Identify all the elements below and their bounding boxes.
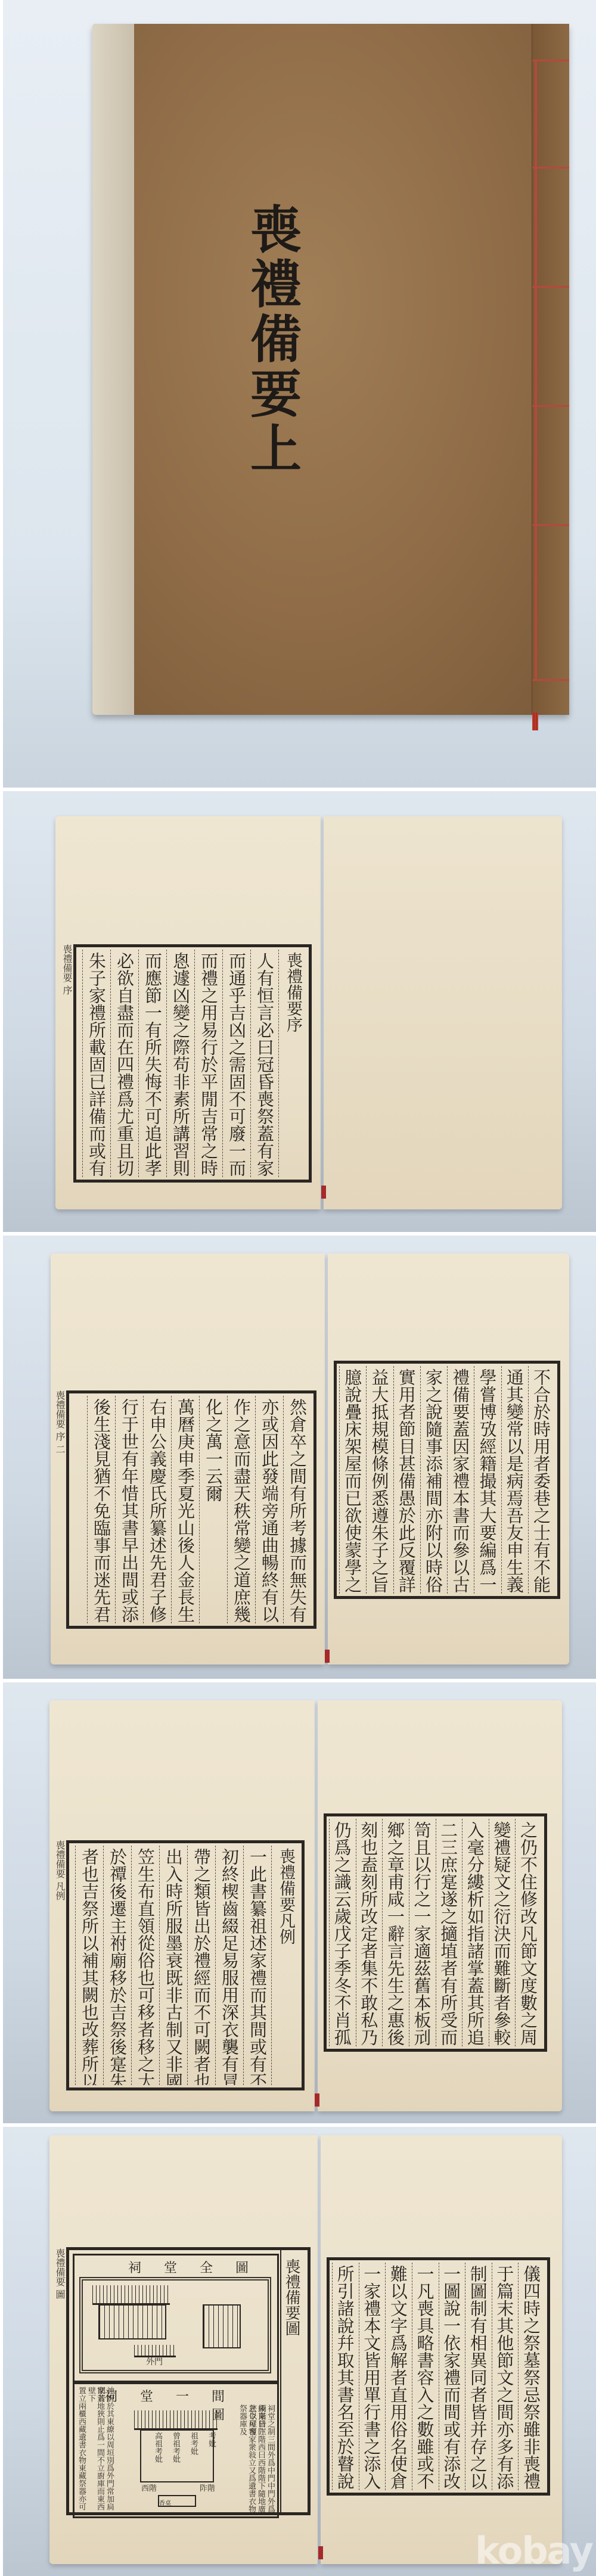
photo-book-cover: 喪禮備要上 bbox=[3, 0, 596, 788]
photo-fanli-page: 喪禮備要 凡例 喪禮備要凡例 一此書纂祖述家禮而其間或有不得已可補者補之如 初終… bbox=[3, 1682, 596, 2123]
text-column: 所引諸說幷取其書名至於瞽說用愚字按字以別之 bbox=[332, 2263, 359, 2490]
text-column: 而禮之用易行於平閒吉常之時而多失於 bbox=[194, 950, 222, 1177]
watermark: kobay bbox=[475, 2529, 592, 2572]
text-frame: 不合於時用者委巷之士有不能領其要而 通其變常以是病焉吾友申生義慶深於禮 學嘗博攷… bbox=[334, 1361, 560, 1599]
text-column: 悤遽凶變之際苟非素所講習則難以合宜 bbox=[166, 950, 194, 1177]
incense-table-label: 香桌 bbox=[159, 2500, 171, 2507]
right-page: 不合於時用者委巷之士有不能領其要而 通其變常以是病焉吾友申生義慶深於禮 學嘗博攷… bbox=[328, 1253, 569, 1665]
west-steps-label: 西階 bbox=[141, 2484, 157, 2493]
binding-thread bbox=[321, 1186, 326, 1199]
page-heading: 喪禮備要圖 bbox=[278, 2256, 305, 2338]
photo-diagram-page: 喪禮備要 圖 喪禮備要圖 祠堂全圖 外門 祠堂一間圖 bbox=[3, 2127, 596, 2576]
binding-thread bbox=[325, 1650, 330, 1663]
text-column: 而通乎吉凶之需固不可廢一而不講也然 bbox=[222, 950, 250, 1177]
text-frame: 之仍不住修改凡節文度數之周詳而切當者 變禮疑文之衍決而難斷者參較稱停逐節補 入毫… bbox=[324, 1813, 547, 2052]
text-column: 家之說隨事添補間亦附以時俗之制便於 bbox=[420, 1366, 447, 1594]
text-column: 人有恒言必曰冠昏喪祭蓋有家日用之體 bbox=[250, 950, 278, 1177]
side-building bbox=[203, 2304, 241, 2348]
page-banxin: 喪禮備要 序 bbox=[60, 944, 74, 995]
right-page-blank bbox=[324, 816, 562, 1209]
text-frame: 喪禮備要凡例 一此書纂祖述家禮而其間或有不得已可補者補之如 初終楔齒綴足易服用深… bbox=[66, 1840, 305, 2090]
text-column: 亦或因此發端旁通曲暢終有以攷聖人制 bbox=[255, 1396, 283, 1623]
column-rule bbox=[280, 2250, 281, 2512]
east-steps-label: 阼階 bbox=[200, 2484, 215, 2493]
text-column: 鄉之章甫咸一辭言先生之惠後人甚大均是 bbox=[382, 1819, 409, 2046]
text-column: 制圖制有相異同者皆并存之以備參考 bbox=[465, 2263, 492, 2490]
text-column: 化之萬一云爾 bbox=[199, 1396, 227, 1623]
diagram-note: 之令可容家衆敍立又爲遺書衣物祭器庫及 bbox=[238, 2404, 256, 2516]
text-columns: 儀四時之祭墓祭忌祭雖非喪禮而與喪則祭故并附 于篇末其他節文之間亦多有添補者若儀禮… bbox=[332, 2263, 545, 2490]
thread-tassel bbox=[532, 713, 538, 730]
page-banxin: 喪禮備要 凡例 bbox=[53, 1840, 67, 1900]
text-column: 變禮疑文之衍決而難斷者參較稱停逐節補 bbox=[489, 1819, 516, 2046]
shrine-roof bbox=[134, 2410, 218, 2430]
page-banxin: 喪禮備要 圖 bbox=[53, 2248, 67, 2299]
text-column: 儀四時之祭墓祭忌祭雖非喪禮而與喪則祭故并附 bbox=[518, 2263, 545, 2490]
binding-stitch bbox=[532, 60, 569, 61]
text-column: 臆說疊床架屋而已欲使蒙學之士開卷瞭 bbox=[339, 1366, 366, 1594]
diagram-note: 家貧地狹則止爲一間不立廚庫而東西壁下 bbox=[86, 2387, 104, 2516]
main-hall-roof bbox=[92, 2285, 170, 2305]
diagram-shrine-complete: 祠堂全圖 外門 bbox=[73, 2254, 279, 2382]
text-column: 作之意而盡天秩常變之道庶幾有補於風 bbox=[227, 1396, 255, 1623]
right-page: 之仍不住修改凡節文度數之周詳而切當者 變禮疑文之衍決而難斷者參較稱停逐節補 入毫… bbox=[318, 1700, 562, 2111]
text-column: 笠生布直領從俗也可移者移之大祥章飲酒食肉移 bbox=[131, 1846, 159, 2085]
text-column: 於禫後遷主祔廟移於吉祭後寔朱子後來議論之定 bbox=[103, 1846, 131, 2085]
open-book: 喪禮備要 序 二 然倉卒之間有所考據而無失有志好禮者 亦或因此發端旁通曲暢終有以… bbox=[51, 1253, 569, 1665]
binding-thread bbox=[318, 2546, 323, 2559]
text-column: 而應節一有所失悔不可追此孝子之所以 bbox=[138, 950, 166, 1177]
diagram-frame: 喪禮備要圖 祠堂全圖 外門 祠堂一間圖 考妣 bbox=[66, 2247, 311, 2515]
text-column: 通其變常以是病焉吾友申生義慶深於禮 bbox=[501, 1366, 528, 1594]
text-column: 之仍不住修改凡節文度數之周詳而切當者 bbox=[515, 1819, 542, 2046]
open-book: 喪禮備要 序 喪禮備要序 人有恒言必曰冠昏喪祭蓋有家日用之體 而通乎吉凶之需固不… bbox=[55, 816, 562, 1209]
cover-title: 喪禮備要上 bbox=[241, 203, 301, 477]
text-column: 一圖說一依家禮而間或有添改者覽者詳之 bbox=[439, 2263, 465, 2490]
diagram-shrine-single: 祠堂一間圖 考妣 祖考妣 曾祖考妣 高祖考妣 西階 阼階 香桌 祠堂之制三間外爲… bbox=[73, 2382, 279, 2518]
text-column: 然倉卒之間有所考據而無失有志好禮者 bbox=[283, 1396, 311, 1623]
text-frame: 喪禮備要序 人有恒言必曰冠昏喪祭蓋有家日用之體 而通乎吉凶之需固不可廢一而不講也… bbox=[73, 944, 312, 1183]
text-column: 者也吉祭所以補其闕也改葬所以備其變也祠堂之 bbox=[75, 1846, 103, 2085]
text-column: 朱子家禮所載固已詳備而或有古今異宜 bbox=[82, 950, 110, 1177]
text-column: 後生淺見猶不免臨事而迷先君子常以是病 bbox=[87, 1396, 115, 1623]
binding-stitch bbox=[532, 679, 569, 681]
binding-stitch bbox=[532, 286, 569, 288]
binding-thread bbox=[535, 60, 537, 679]
left-page: 喪禮備要 凡例 喪禮備要凡例 一此書纂祖述家禮而其間或有不得已可補者補之如 初終… bbox=[49, 1700, 315, 2111]
text-column: 一凡喪具略書容入之數雖或不中亦不甚遠且名目之 bbox=[412, 2263, 439, 2490]
text-columns: 之仍不住修改凡節文度數之周詳而切當者 變禮疑文之衍決而難斷者參較稱停逐節補 入毫… bbox=[329, 1819, 542, 2046]
tablet-label: 祖考妣 bbox=[189, 2432, 198, 2455]
tablet-label: 考妣 bbox=[207, 2432, 216, 2447]
text-columns: 喪禮備要序 人有恒言必曰冠昏喪祭蓋有家日用之體 而通乎吉凶之需固不可廢一而不講也… bbox=[79, 950, 306, 1177]
text-column: 于篇末其他節文之間亦多有添補者若儀禮家禮今 bbox=[492, 2263, 519, 2490]
photo-preface-page-2: 喪禮備要 序 二 然倉卒之間有所考據而無失有志好禮者 亦或因此發端旁通曲暢終有以… bbox=[3, 1236, 596, 1679]
outer-gate-label: 外門 bbox=[146, 2358, 163, 2367]
page-banxin: 喪禮備要 序 二 bbox=[53, 1390, 67, 1454]
left-page: 喪禮備要 序 二 然倉卒之間有所考據而無失有志好禮者 亦或因此發端旁通曲暢終有以… bbox=[51, 1253, 325, 1665]
text-frame: 儀四時之祭墓祭忌祭雖非喪禮而與喪則祭故并附 于篇末其他節文之間亦多有添補者若儀禮… bbox=[327, 2257, 550, 2496]
text-column: 仍爲之識云歲戊子季冬不肖孤 集 泣血書 bbox=[329, 1819, 356, 2046]
book-spine bbox=[532, 24, 569, 715]
text-column: 一此書纂祖述家禮而其間或有不得已可補者補之如 bbox=[243, 1846, 271, 2085]
open-book: 喪禮備要 凡例 喪禮備要凡例 一此書纂祖述家禮而其間或有不得已可補者補之如 初終… bbox=[49, 1700, 562, 2111]
left-page: 喪禮備要 圖 喪禮備要圖 祠堂全圖 外門 祠堂一間圖 bbox=[49, 2135, 318, 2564]
incense-table: 香桌 bbox=[158, 2495, 196, 2507]
left-page: 喪禮備要 序 喪禮備要序 人有恒言必曰冠昏喪祭蓋有家日用之體 而通乎吉凶之需固不… bbox=[55, 816, 321, 1209]
book-cover: 喪禮備要上 bbox=[92, 24, 569, 715]
text-column: 刻也盍刻所改定者集不敢私乃付諸剞劂氏 bbox=[356, 1819, 383, 2046]
binding-thread bbox=[315, 2093, 319, 2107]
text-column: 笥且以行之一家適茲舊本板刓謀所以改鋟 bbox=[409, 1819, 436, 2046]
tablet-label: 高祖考妣 bbox=[153, 2432, 162, 2463]
text-column: 帶之類皆出於禮經而不可闕者也可改者改之孝子 bbox=[187, 1846, 215, 2085]
diagram-note: 置立兩櫃西藏遺書衣物東藏祭器亦可 bbox=[77, 2387, 86, 2510]
text-column: 入毫分縷析如指諸掌蓋其所追錄視舊殆十 bbox=[462, 1819, 489, 2046]
binding-stitch bbox=[532, 524, 569, 526]
binding-stitch bbox=[532, 405, 569, 407]
right-page: 儀四時之祭墓祭忌祭雖非喪禮而與喪則祭故并附 于篇末其他節文之間亦多有添補者若儀禮… bbox=[321, 2135, 562, 2564]
text-column: 必欲自盡而在四禮爲尤重且切焉者也 bbox=[110, 950, 138, 1177]
text-column: 一家禮本文皆用單行書之添入者皆雙行書或標上下且 bbox=[359, 2263, 386, 2490]
open-book: 喪禮備要 圖 喪禮備要圖 祠堂全圖 外門 祠堂一間圖 bbox=[49, 2135, 562, 2564]
text-column: 喪禮備要序 bbox=[278, 950, 306, 1177]
text-column: 初終楔齒綴足易服用深衣襲有冒及設氷小斂後絰 bbox=[215, 1846, 243, 2085]
text-column: 不合於時用者委巷之士有不能領其要而 bbox=[528, 1366, 555, 1594]
text-column: 行于世有年惜其書早出間或添刪有未盡者 bbox=[115, 1396, 143, 1623]
gate-roof bbox=[134, 2345, 176, 2357]
text-frame: 然倉卒之間有所考據而無失有志好禮者 亦或因此發端旁通曲暢終有以攷聖人制 作之意而… bbox=[66, 1390, 316, 1629]
text-column: 學嘗博攷經籍撮其大要編爲一書名曰喪 bbox=[474, 1366, 501, 1594]
tablet-label: 曾祖考妣 bbox=[171, 2432, 180, 2463]
text-column: 出入時所服墨衰既非古制又非國俗所用故代以方 bbox=[159, 1846, 187, 2085]
binding-stitch bbox=[532, 167, 569, 169]
text-column: 右申公義慶氏所纂述先君子修潤而弁之者 bbox=[143, 1396, 171, 1623]
torn-cover-edge bbox=[92, 24, 134, 715]
text-column: 難以文字爲解者直用俗名使倉卒易曉 bbox=[385, 2263, 412, 2490]
photo-preface-page-1: 喪禮備要 序 喪禮備要序 人有恒言必曰冠昏喪祭蓋有家日用之體 而通乎吉凶之需固不… bbox=[3, 791, 596, 1232]
text-column: 二三庶寔遂之擿埴者有所受而持循藏之篋 bbox=[436, 1819, 462, 2046]
text-column: 實用者節目甚備愚於此反覆詳訂略加損 bbox=[393, 1366, 420, 1594]
text-columns: 然倉卒之間有所考據而無失有志好禮者 亦或因此發端旁通曲暢終有以攷聖人制 作之意而… bbox=[72, 1396, 311, 1623]
main-hall bbox=[98, 2304, 166, 2339]
text-column: 萬曆庚申季夏光山後人金長生序 bbox=[171, 1396, 199, 1623]
text-column: 益大抵規模條例悉遵朱子之旨非敢創爲 bbox=[366, 1366, 393, 1594]
text-column: 禮備要蓋因家禮本書而參以古今之禮諸 bbox=[447, 1366, 474, 1594]
diagram-title: 祠堂全圖 bbox=[128, 2258, 271, 2276]
text-column: 喪禮備要凡例 bbox=[271, 1846, 299, 2085]
text-columns: 不合於時用者委巷之士有不能領其要而 通其變常以是病焉吾友申生義慶深於禮 學嘗博攷… bbox=[339, 1366, 555, 1594]
text-columns: 喪禮備要凡例 一此書纂祖述家禮而其間或有不得已可補者補之如 初終楔齒綴足易服用深… bbox=[72, 1846, 299, 2085]
